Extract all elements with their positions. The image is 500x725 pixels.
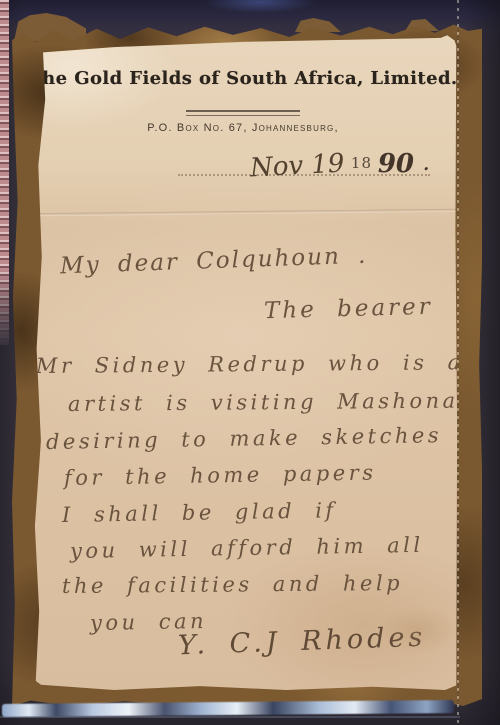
letterhead-address: P.O. Box No. 67, Johannesburg,: [28, 122, 458, 134]
sleeve-glare-strip: [2, 700, 454, 717]
sleeve-glare-underline: [0, 716, 460, 718]
body-line: for the home papers: [64, 461, 377, 490]
letter-paper: The Gold Fields of South Africa, Limited…: [28, 34, 458, 690]
letterhead-double-rule: [186, 110, 300, 116]
date-period: .: [422, 148, 430, 176]
body-line: I shall be glad if: [62, 498, 337, 527]
salutation: My dear Colquhoun .: [60, 243, 368, 280]
opening-phrase: The bearer: [264, 294, 433, 324]
body-line: desiring to make sketches: [46, 423, 442, 454]
letterhead-company-name: The Gold Fields of South Africa, Limited…: [28, 68, 458, 89]
body-line: artist is visiting Mashonaland: [68, 388, 500, 416]
album-page-photo: The Gold Fields of South Africa, Limited…: [0, 0, 500, 725]
sleeve-stitch-line: [457, 0, 459, 725]
date-handwritten-year: 90: [378, 149, 414, 179]
body-line: you will afford him all: [70, 533, 424, 563]
fold-crease: [28, 209, 458, 217]
date-handwritten-month-day: Nov 19: [249, 149, 345, 184]
sleeve-perforation-strip: [0, 0, 9, 345]
paper-stain: [378, 606, 458, 654]
body-line: Mr Sidney Redrup who is an: [36, 350, 481, 378]
date-line: Nov 19 18 90 .: [178, 144, 430, 176]
date-printed-century: 18: [351, 154, 372, 172]
body-line: the facilities and help: [62, 571, 403, 598]
